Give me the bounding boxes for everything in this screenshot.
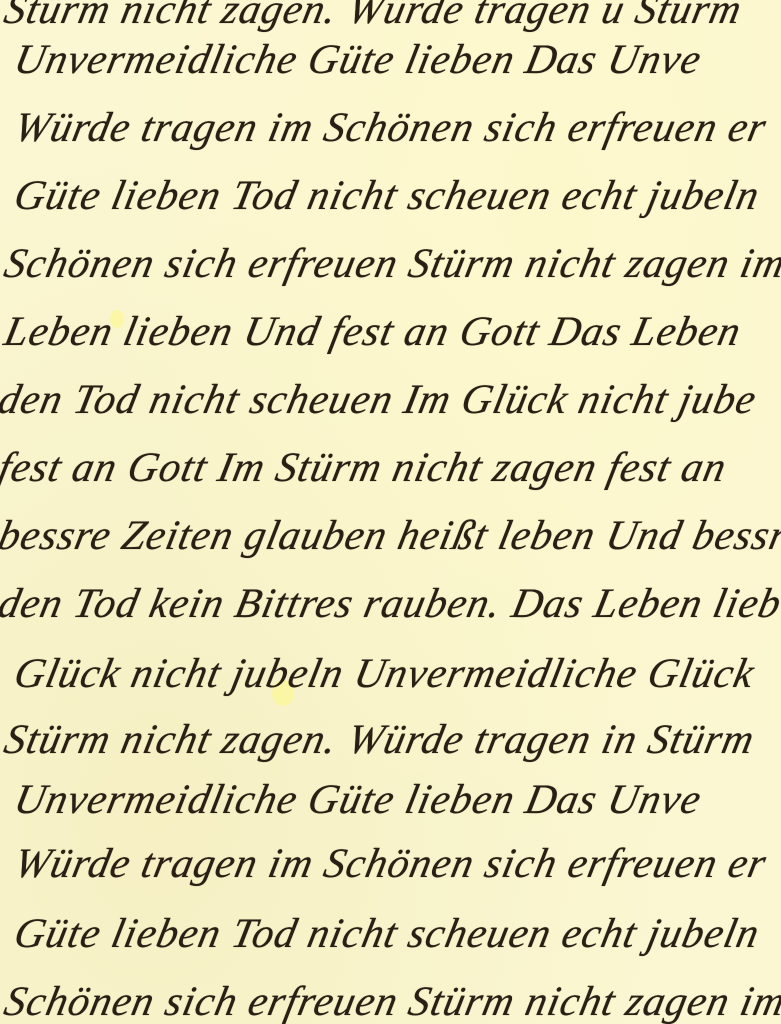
handwritten-page: Stürm nicht zagen. Würde tragen u Stürm … xyxy=(0,0,781,1024)
text-line: Schönen sich erfreuen Stürm nicht zagen … xyxy=(0,978,781,1024)
text-line: Unvermeidliche Güte lieben Das Unve xyxy=(10,776,706,824)
text-line: Würde tragen im Schönen sich erfreuen er xyxy=(10,104,771,152)
text-line: den Tod kein Bittres rauben. Das Leben l… xyxy=(0,580,781,628)
text-line: Unvermeidliche Güte lieben Das Unve xyxy=(10,36,706,84)
text-line: Güte lieben Tod nicht scheuen echt jubel… xyxy=(10,172,764,220)
text-line: Güte lieben Tod nicht scheuen echt jubel… xyxy=(10,910,764,958)
text-line: Schönen sich erfreuen Stürm nicht zagen … xyxy=(0,240,781,288)
text-line: Glück nicht jubeln Unvermeidliche Glück xyxy=(10,650,759,698)
text-line: fest an Gott Im Stürm nicht zagen fest a… xyxy=(0,444,731,492)
text-line: Leben lieben Und fest an Gott Das Leben xyxy=(0,308,746,356)
text-line: Würde tragen im Schönen sich erfreuen er xyxy=(10,840,771,888)
text-line: Stürm nicht zagen. Würde tragen u Stürm xyxy=(0,0,746,34)
text-line: bessre Zeiten glauben heißt leben Und be… xyxy=(0,512,781,560)
text-line: den Tod nicht scheuen Im Glück nicht jub… xyxy=(0,376,761,424)
text-line: Stürm nicht zagen. Würde tragen in Stürm xyxy=(0,716,759,764)
